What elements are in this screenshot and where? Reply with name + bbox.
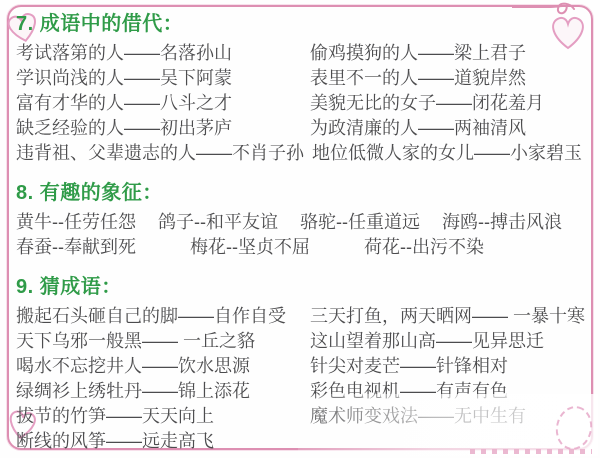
section-heading: 9. 猜成语： [16, 275, 588, 299]
idiom-row: 断线的风筝——远走高飞 [16, 429, 588, 454]
idiom-right: 三天打鱼，两天晒网—— 一暴十寒 [310, 304, 585, 329]
idiom-right: 美貌无比的女子——闭花羞月 [310, 91, 544, 116]
idiom-left: 拔节的竹笋——天天向上 [16, 404, 302, 429]
idiom-left: 富有才华的人——八斗之才 [16, 91, 302, 116]
section-heading: 7. 成语中的借代： [16, 12, 588, 36]
idiom-right: 这山望着那山高——见异思迁 [310, 329, 544, 354]
idiom-right: 针尖对麦芒——针锋相对 [310, 354, 508, 379]
symbol-row: 黄牛--任劳任怨 鸽子--和平友谊 骆驼--任重道远 海鸥--搏击风浪 [16, 210, 588, 235]
idiom-row: 缺乏经验的人——初出茅庐 为政清廉的人——两袖清风 [16, 116, 588, 141]
idiom-left: 搬起石头砸自己的脚——自作自受 [16, 304, 302, 329]
idiom-row: 喝水不忘挖井人——饮水思源 针尖对麦芒——针锋相对 [16, 354, 588, 379]
section-heading: 8. 有趣的象征： [16, 181, 588, 205]
idiom-row: 搬起石头砸自己的脚——自作自受 三天打鱼，两天晒网—— 一暴十寒 [16, 304, 588, 329]
idiom-left: 断线的风筝——远走高飞 [16, 429, 302, 454]
idiom-worksheet-page: 7. 成语中的借代： 考试落第的人——名落孙山 偷鸡摸狗的人——梁上君子 学识尚… [0, 0, 600, 458]
idiom-left: 违背祖、父辈遗志的人——不肖子孙 [16, 141, 304, 166]
idiom-right: 偷鸡摸狗的人——梁上君子 [310, 41, 526, 66]
section-symbols: 8. 有趣的象征： 黄牛--任劳任怨 鸽子--和平友谊 骆驼--任重道远 海鸥-… [16, 181, 588, 260]
symbol-item: 骆驼--任重道远 [300, 210, 420, 235]
idiom-row: 违背祖、父辈遗志的人——不肖子孙 地位低微人家的女儿——小家碧玉 [16, 141, 588, 166]
section-metonymy: 7. 成语中的借代： 考试落第的人——名落孙山 偷鸡摸狗的人——梁上君子 学识尚… [16, 12, 588, 166]
idiom-row: 考试落第的人——名落孙山 偷鸡摸狗的人——梁上君子 [16, 41, 588, 66]
idiom-right: 表里不一的人——道貌岸然 [310, 66, 526, 91]
idiom-left: 学识尚浅的人——吴下阿蒙 [16, 66, 302, 91]
idiom-row: 学识尚浅的人——吴下阿蒙 表里不一的人——道貌岸然 [16, 66, 588, 91]
symbol-row: 春蚕--奉献到死 梅花--坚贞不屈 荷花--出污不染 [16, 235, 588, 260]
symbol-item: 春蚕--奉献到死 [16, 235, 136, 260]
idiom-right: 魔术师变戏法——无中生有 [310, 404, 526, 429]
idiom-right: 为政清廉的人——两袖清风 [310, 116, 526, 141]
symbol-item: 梅花--坚贞不屈 [190, 235, 310, 260]
idiom-right: 地位低微人家的女儿——小家碧玉 [312, 141, 582, 166]
idiom-left: 天下乌邪一般黑—— 一丘之貉 [16, 329, 302, 354]
symbol-item: 海鸥--搏击风浪 [442, 210, 562, 235]
idiom-row: 绿绸衫上绣牡丹——锦上添花 彩色电视机——有声有色 [16, 379, 588, 404]
worksheet-content: 7. 成语中的借代： 考试落第的人——名落孙山 偷鸡摸狗的人——梁上君子 学识尚… [16, 12, 588, 454]
idiom-row: 拔节的竹笋——天天向上 魔术师变戏法——无中生有 [16, 404, 588, 429]
idiom-left: 缺乏经验的人——初出茅庐 [16, 116, 302, 141]
idiom-left: 喝水不忘挖井人——饮水思源 [16, 354, 302, 379]
idiom-left: 绿绸衫上绣牡丹——锦上添花 [16, 379, 302, 404]
idiom-row: 天下乌邪一般黑—— 一丘之貉 这山望着那山高——见异思迁 [16, 329, 588, 354]
idiom-right: 彩色电视机——有声有色 [310, 379, 508, 404]
idiom-row: 富有才华的人——八斗之才 美貌无比的女子——闭花羞月 [16, 91, 588, 116]
idiom-left: 考试落第的人——名落孙山 [16, 41, 302, 66]
symbol-item: 荷花--出污不染 [364, 235, 484, 260]
section-guess-idiom: 9. 猜成语： 搬起石头砸自己的脚——自作自受 三天打鱼，两天晒网—— 一暴十寒… [16, 275, 588, 454]
symbol-item: 黄牛--任劳任怨 [16, 210, 136, 235]
symbol-item: 鸽子--和平友谊 [158, 210, 278, 235]
